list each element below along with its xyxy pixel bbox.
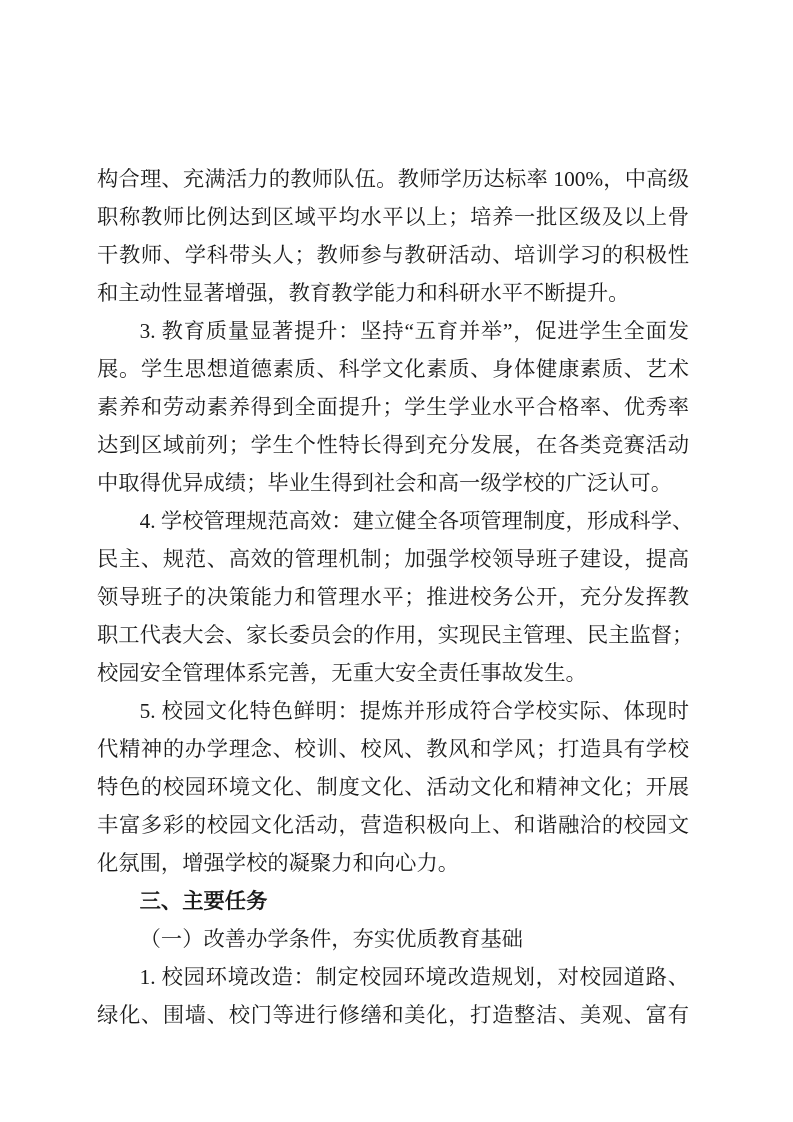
text-line: 职称教师比例达到区域平均水平以上；培养一批区级及以上骨: [97, 198, 689, 236]
text-line: 素养和劳动素养得到全面提升；学生学业水平合格率、优秀率: [97, 388, 689, 426]
text-line: 3. 教育质量显著提升：坚持“五育并举”，促进学生全面发: [97, 312, 689, 350]
text-line: 丰富多彩的校园文化活动，营造积极向上、和谐融洽的校园文: [97, 806, 689, 844]
text-line: 干教师、学科带头人；教师参与教研活动、培训学习的积极性: [97, 236, 689, 274]
text-line: 达到区域前列；学生个性特长得到充分发展，在各类竞赛活动: [97, 426, 689, 464]
paragraph-teacher-team-continued: 构合理、充满活力的教师队伍。教师学历达标率 100%，中高级职称教师比例达到区域…: [97, 160, 689, 312]
paragraph-5-campus-culture: 5. 校园文化特色鲜明：提炼并形成符合学校实际、体现时代精神的办学理念、校训、校…: [97, 692, 689, 882]
text-line: 特色的校园环境文化、制度文化、活动文化和精神文化；开展: [97, 768, 689, 806]
text-line: 构合理、充满活力的教师队伍。教师学历达标率 100%，中高级: [97, 160, 689, 198]
text-line: 代精神的办学理念、校训、校风、教风和学风；打造具有学校: [97, 730, 689, 768]
document-page: 构合理、充满活力的教师队伍。教师学历达标率 100%，中高级职称教师比例达到区域…: [0, 0, 793, 1122]
paragraph-1-campus-environment: 1. 校园环境改造：制定校园环境改造规划，对校园道路、绿化、围墙、校门等进行修缮…: [97, 958, 689, 1034]
text-line: 领导班子的决策能力和管理水平；推进校务公开，充分发挥教: [97, 578, 689, 616]
text-line: 4. 学校管理规范高效：建立健全各项管理制度，形成科学、: [97, 502, 689, 540]
text-line: 1. 校园环境改造：制定校园环境改造规划，对校园道路、: [97, 958, 689, 996]
text-line: 中取得优异成绩；毕业生得到社会和高一级学校的广泛认可。: [97, 464, 689, 502]
text-line: （一）改善办学条件，夯实优质教育基础: [97, 920, 689, 958]
paragraph-4-school-management: 4. 学校管理规范高效：建立健全各项管理制度，形成科学、民主、规范、高效的管理机…: [97, 502, 689, 692]
text-line: 绿化、围墙、校门等进行修缮和美化，打造整洁、美观、富有: [97, 996, 689, 1034]
text-line: 化氛围，增强学校的凝聚力和向心力。: [97, 844, 689, 882]
subheading-improve-school-conditions: （一）改善办学条件，夯实优质教育基础: [97, 920, 689, 958]
text-line: 三、主要任务: [97, 882, 689, 920]
text-line: 和主动性显著增强，教育教学能力和科研水平不断提升。: [97, 274, 689, 312]
text-line: 民主、规范、高效的管理机制；加强学校领导班子建设，提高: [97, 540, 689, 578]
text-line: 校园安全管理体系完善，无重大安全责任事故发生。: [97, 654, 689, 692]
text-line: 展。学生思想道德素质、科学文化素质、身体健康素质、艺术: [97, 350, 689, 388]
text-line: 职工代表大会、家长委员会的作用，实现民主管理、民主监督；: [97, 616, 689, 654]
heading-main-tasks: 三、主要任务: [97, 882, 689, 920]
paragraph-3-education-quality: 3. 教育质量显著提升：坚持“五育并举”，促进学生全面发展。学生思想道德素质、科…: [97, 312, 689, 502]
document-body: 构合理、充满活力的教师队伍。教师学历达标率 100%，中高级职称教师比例达到区域…: [97, 160, 689, 1034]
text-line: 5. 校园文化特色鲜明：提炼并形成符合学校实际、体现时: [97, 692, 689, 730]
